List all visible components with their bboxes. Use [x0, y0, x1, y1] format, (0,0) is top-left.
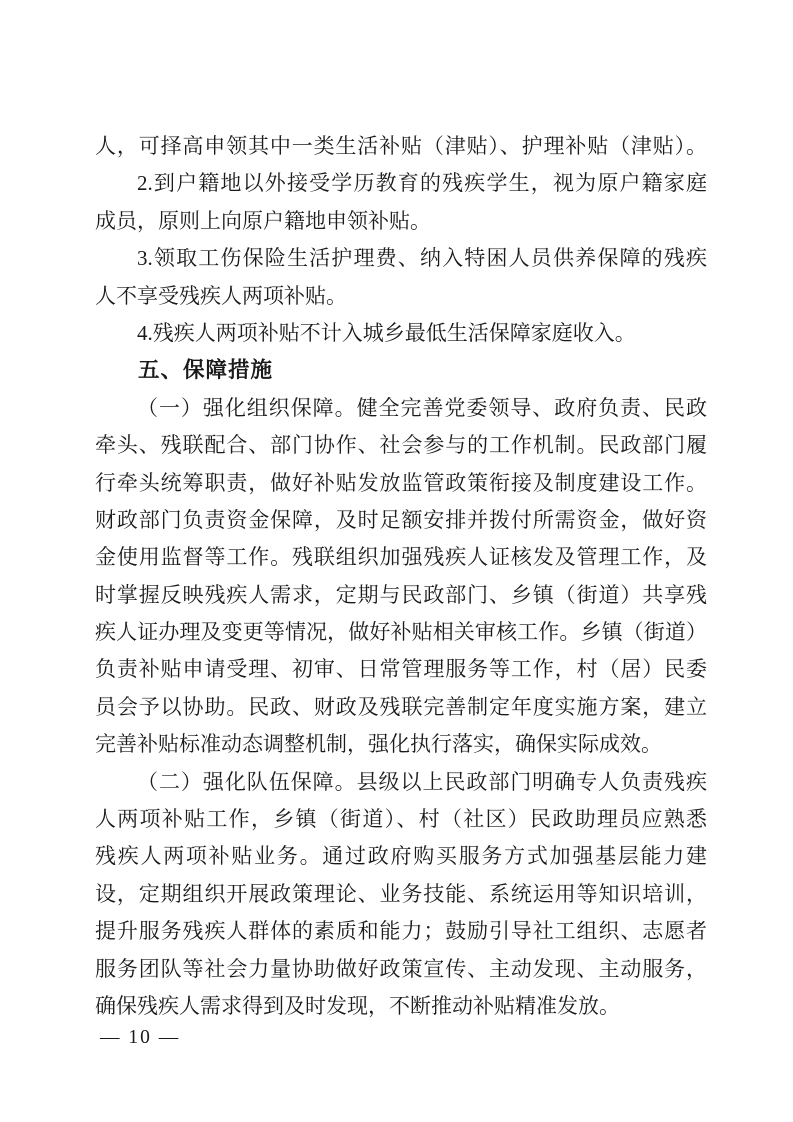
- text-line: 人不享受残疾人两项补贴。: [95, 278, 707, 315]
- text-line: 成员，原则上向原户籍地申领补贴。: [95, 203, 707, 240]
- text-line: 提升服务残疾人群体的素质和能力；鼓励引导社工组织、志愿者: [95, 913, 707, 950]
- page-number: — 10 —: [100, 1026, 180, 1050]
- text-line: 牵头、残联配合、部门协作、社会参与的工作机制。民政部门履: [95, 427, 707, 464]
- text-line: 完善补贴标准动态调整机制，强化执行落实，确保实际成效。: [95, 726, 707, 763]
- section-heading: 五、保障措施: [95, 352, 707, 389]
- text-line: 确保残疾人需求得到及时发现，不断推动补贴精准发放。: [95, 988, 707, 1025]
- text-line: 设，定期组织开展政策理论、业务技能、系统运用等知识培训，: [95, 876, 707, 913]
- text-line: 2.到户籍地以外接受学历教育的残疾学生，视为原户籍家庭: [95, 165, 707, 202]
- text-line: （一）强化组织保障。健全完善党委领导、政府负责、民政: [95, 390, 707, 427]
- document-body: 人，可择高申领其中一类生活补贴（津贴）、护理补贴（津贴）。2.到户籍地以外接受学…: [95, 128, 707, 1025]
- text-line: 行牵头统筹职责，做好补贴发放监管政策衔接及制度建设工作。: [95, 465, 707, 502]
- text-line: 人两项补贴工作，乡镇（街道）、村（社区）民政助理员应熟悉: [95, 801, 707, 838]
- text-line: 时掌握反映残疾人需求，定期与民政部门、乡镇（街道）共享残: [95, 577, 707, 614]
- document-page: 人，可择高申领其中一类生活补贴（津贴）、护理补贴（津贴）。2.到户籍地以外接受学…: [0, 0, 793, 1122]
- text-line: 金使用监督等工作。残联组织加强残疾人证核发及管理工作，及: [95, 539, 707, 576]
- text-line: 3.领取工伤保险生活护理费、纳入特困人员供养保障的残疾: [95, 240, 707, 277]
- text-line: 疾人证办理及变更等情况，做好补贴相关审核工作。乡镇（街道）: [95, 614, 707, 651]
- text-line: 负责补贴申请受理、初审、日常管理服务等工作，村（居）民委: [95, 651, 707, 688]
- text-line: 财政部门负责资金保障，及时足额安排并拨付所需资金，做好资: [95, 502, 707, 539]
- text-line: 员会予以协助。民政、财政及残联完善制定年度实施方案，建立: [95, 689, 707, 726]
- text-line: （二）强化队伍保障。县级以上民政部门明确专人负责残疾: [95, 764, 707, 801]
- text-line: 服务团队等社会力量协助做好政策宣传、主动发现、主动服务，: [95, 951, 707, 988]
- text-line: 残疾人两项补贴业务。通过政府购买服务方式加强基层能力建: [95, 838, 707, 875]
- text-line: 人，可择高申领其中一类生活补贴（津贴）、护理补贴（津贴）。: [95, 128, 707, 165]
- text-line: 4.残疾人两项补贴不计入城乡最低生活保障家庭收入。: [95, 315, 707, 352]
